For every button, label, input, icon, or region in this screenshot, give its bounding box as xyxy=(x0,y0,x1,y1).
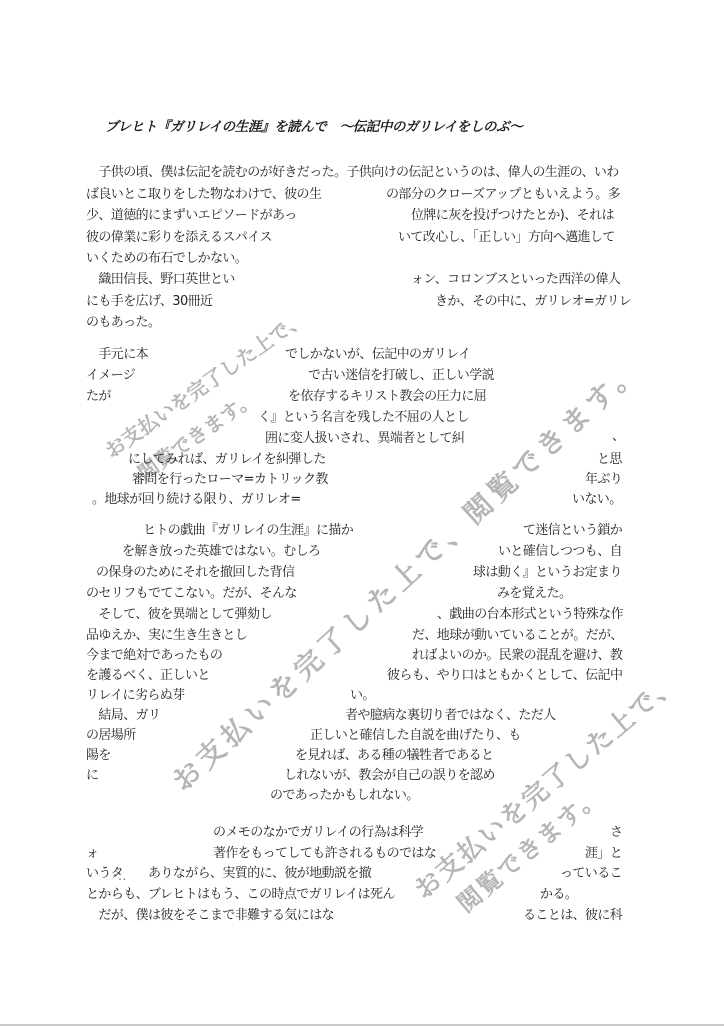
text-line-fragment: 著作をもってしても許されるものではな xyxy=(213,846,436,861)
text-line-fragment: にしてみれば、ガリレイを糾弾した xyxy=(128,452,326,467)
text-line-fragment: イメージ xyxy=(86,368,135,383)
text-line-fragment: の部分のクローズアップともいえよう。多 xyxy=(386,187,620,202)
page-title: ブレヒト『ガリレイの生涯』を読んで ～伝記中のガリレイをしのぶ～ xyxy=(105,120,522,135)
text-line-fragment: 、戯曲の台本形式という特殊な作 xyxy=(437,607,623,622)
text-line-fragment: かる。 xyxy=(540,887,577,902)
text-line-fragment: とからも、ブレヒトはもう、この時点でガリレイは死ん xyxy=(86,887,395,902)
text-line-fragment: で古い迷信を打破し、正しい学説 xyxy=(308,368,494,383)
text-line-fragment: 子供の頃、僕は伝記を読むのが好きだった。子供向けの伝記というのは、偉人の生涯の、… xyxy=(86,165,619,180)
text-line-fragment: 涯」と xyxy=(585,846,622,861)
text-line-fragment: 手元に本 xyxy=(86,347,148,362)
text-line-fragment: のもあった。 xyxy=(86,315,160,330)
watermark-text: お支払いを完了した上で、 xyxy=(405,662,686,906)
text-line-fragment: たが xyxy=(86,389,111,404)
text-line-fragment: リレイに劣らぬ芽 xyxy=(86,688,185,703)
text-line-fragment: っているこ xyxy=(560,866,622,881)
text-line-fragment: しれないが、教会が自己の誤りを認め xyxy=(284,768,495,783)
text-line-fragment: みを覚えた。 xyxy=(497,586,571,601)
text-line-fragment: にも手を広げ、30冊近 xyxy=(86,294,212,309)
text-line-fragment: ありながら、実質的に、彼が地動説を撤 xyxy=(148,866,371,881)
text-line-fragment: を護るべく、正しいと xyxy=(86,668,210,683)
text-line-fragment: 位牌に灰を投げつけたとか)、それは xyxy=(411,208,614,223)
text-line-fragment: い。 xyxy=(350,688,375,703)
text-line-fragment: 品ゆえか、実に生き生きとし xyxy=(86,628,247,643)
text-line-fragment: を依存するキリスト教会の圧力に屈 xyxy=(288,389,486,404)
text-line-fragment: きか、その中に、ガリレオ=ガリレ xyxy=(435,294,631,309)
text-line-fragment: いて改心し、「正しい」方向へ邁進して xyxy=(398,230,615,245)
text-line-fragment: 者や臆病な裏切り者ではなく、ただ人 xyxy=(345,708,556,723)
text-line-fragment: いと確信しつつも、自 xyxy=(498,544,622,559)
text-line-fragment: 球は動く』というお定まり xyxy=(473,565,622,580)
text-line-fragment: でしかないが、伝記中のガリレイ xyxy=(285,347,470,362)
text-line-fragment: さ xyxy=(610,825,622,840)
text-line-fragment: に xyxy=(86,768,98,783)
text-line-fragment: 。地球が回り続ける限り、ガリレオ= xyxy=(92,492,301,507)
text-line-fragment: だ、地球が動いていることが。だが、 xyxy=(412,628,623,643)
text-line-fragment: 正しいと確信した自説を曲げたり、も xyxy=(310,728,521,743)
text-line-fragment: ることは、彼に科 xyxy=(523,908,622,923)
scanned-document-page: ブレヒト『ガリレイの生涯』を読んで ～伝記中のガリレイをしのぶ～ お支払いを完了… xyxy=(0,0,724,1026)
text-line-fragment: いない。 xyxy=(572,492,622,507)
text-line-fragment: の保身のためにそれを撤回した背信 xyxy=(96,565,294,580)
text-line-fragment: のセリフもでてこない。だが、そんな xyxy=(86,586,297,601)
text-line-fragment: 陽を xyxy=(86,748,111,763)
text-line-fragment: ォン、コロンブスといった西洋の偉人 xyxy=(411,272,620,287)
text-line-fragment: て迷信という鎖か xyxy=(523,523,622,538)
text-line-fragment: ればよいのか。民衆の混乱を避け、教 xyxy=(412,648,622,663)
text-line-fragment: 彼らも、やり口はともかくとして、伝記中 xyxy=(387,668,622,683)
text-line-fragment: 審問を行ったローマ=カトリック教 xyxy=(132,472,328,487)
text-line-fragment: そして、彼を異端として弾劾し xyxy=(86,607,272,622)
text-line-fragment: を解き放った英雄ではない。むしろ xyxy=(122,544,320,559)
text-line-fragment: く』という名言を残した不屈の人とし xyxy=(258,410,469,425)
text-line-fragment: 結局、ガリ xyxy=(86,708,160,723)
text-line-fragment: 囲に変人扱いされ、異端者として糾 xyxy=(265,431,464,446)
text-line-fragment: ヒトの戯曲『ガリレイの生涯』に描か xyxy=(143,523,353,538)
text-line-fragment: を見れば、ある種の犠牲者であると xyxy=(295,748,493,763)
text-line-fragment: 織田信長、野口英世とい xyxy=(86,272,235,287)
text-line-fragment: 年ぶり xyxy=(585,472,622,487)
text-line-fragment: 少、道徳的にまずいエピソードがあっ xyxy=(86,208,297,223)
text-line-fragment: ･‥ xyxy=(112,869,126,884)
text-line-fragment: の居場所 xyxy=(86,728,136,743)
text-line-fragment: ば良いとこ取りをした物なわけで、彼の生 xyxy=(86,187,321,202)
text-line-fragment: 、 xyxy=(612,429,624,444)
text-line-fragment: だが、僕は彼をそこまで非難する気にはな xyxy=(86,908,334,923)
text-line-fragment: いくための布石でしかない。 xyxy=(86,251,247,266)
text-line-fragment: と思 xyxy=(597,452,622,467)
text-line-fragment: のであったかもしれない。 xyxy=(270,788,419,803)
text-line-fragment: 彼の偉業に彩りを添えるスパイス xyxy=(86,230,272,245)
text-line-fragment: ォ xyxy=(86,846,98,861)
text-line-fragment: 今まで絶対であったもの xyxy=(86,648,222,663)
text-line-fragment: のメモのなかでガリレイの行為は科学 xyxy=(213,825,423,840)
